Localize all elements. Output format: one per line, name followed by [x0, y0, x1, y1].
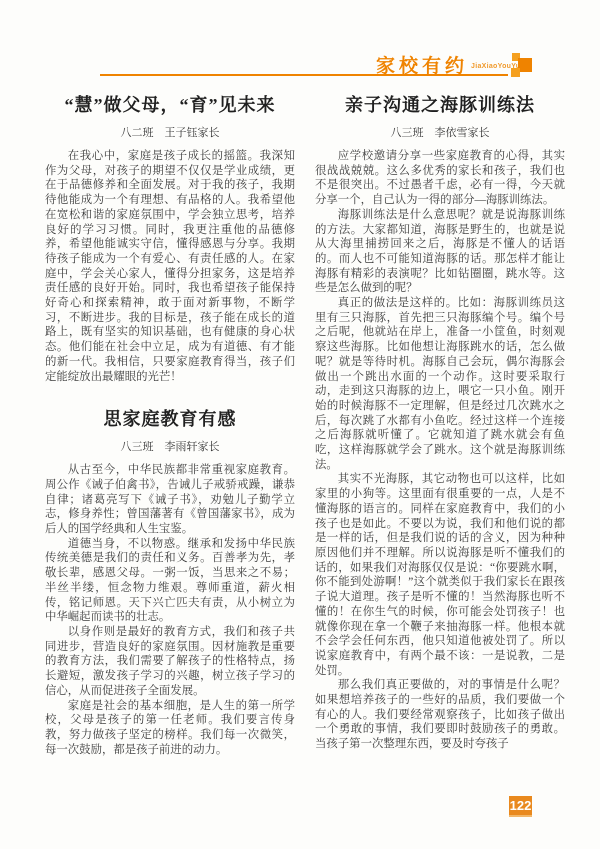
- article-byline: 八三班 李雨轩家长: [45, 440, 295, 454]
- article-body: 在我心中，家庭是孩子成长的摇篮。我深知作为父母，对孩子的期望不仅仅是学业成绩，更…: [45, 149, 295, 384]
- page-content: “慧”做父母，“育”见未来 八二班 王子钰家长 在我心中，家庭是孩子成长的摇篮。…: [45, 92, 565, 757]
- square-small-bottom: [511, 68, 520, 77]
- article-haitun-xunlianfa: 亲子沟通之海豚训练法 八三班 李依雪家长 应学校邀请分享一些家庭教育的心得，其实…: [315, 92, 565, 752]
- paragraph: 以身作则是最好的教育方式，我们和孩子共同进步，营造良好的家庭氛围。因材施教是重要…: [45, 625, 295, 699]
- page-number-badge: 122: [509, 796, 532, 817]
- article-title: “慧”做父母，“育”见未来: [45, 92, 295, 118]
- square-large: [518, 58, 532, 72]
- article-body: 应学校邀请分享一些家庭教育的心得，其实很战战兢兢。这么多优秀的家长和孩子，我们也…: [315, 149, 565, 752]
- paragraph: 从古至今，中华民族都非常重视家庭教育。周公作《诫子伯禽书》，告诫儿子戒骄戒躁，谦…: [45, 463, 295, 537]
- paragraph: 应学校邀请分享一些家庭教育的心得，其实很战战兢兢。这么多优秀的家长和孩子，我们也…: [315, 149, 565, 208]
- article-body: 从古至今，中华民族都非常重视家庭教育。周公作《诫子伯禽书》，告诫儿子戒骄戒躁，谦…: [45, 463, 295, 757]
- paragraph: 道德当身，不以物惑。继承和发扬中华民族传统美德是我们的责任和义务。百善孝为先，孝…: [45, 537, 295, 625]
- left-column: “慧”做父母，“育”见未来 八二班 王子钰家长 在我心中，家庭是孩子成长的摇篮。…: [45, 92, 295, 757]
- magazine-page: 家校有约 JiaXiaoYouYue “慧”做父母，“育”见未来 八二班 王子钰…: [0, 0, 600, 849]
- article-byline: 八二班 王子钰家长: [45, 126, 295, 140]
- paragraph: 在我心中，家庭是孩子成长的摇篮。我深知作为父母，对孩子的期望不仅仅是学业成绩，更…: [45, 149, 295, 384]
- right-column: 亲子沟通之海豚训练法 八三班 李依雪家长 应学校邀请分享一些家庭教育的心得，其实…: [315, 92, 565, 757]
- paragraph: 真正的做法是这样的。比如：海豚训练员这里有三只海豚，首先把三只海豚编个号。编个号…: [315, 296, 565, 472]
- paragraph: 其实不光海豚，其它动物也可以这样，比如家里的小狗等。这里面有很重要的一点，人是不…: [315, 472, 565, 678]
- squares-decoration-icon: [509, 52, 535, 80]
- magazine-section-title: 家校有约: [376, 51, 468, 78]
- paragraph: 海豚训练法是什么意思呢？就是说海豚训练的方法。大家都知道，海豚是野生的，也就是说…: [315, 208, 565, 296]
- article-title: 亲子沟通之海豚训练法: [315, 92, 565, 118]
- article-hui-zuo-fumu: “慧”做父母，“育”见未来 八二班 王子钰家长 在我心中，家庭是孩子成长的摇篮。…: [45, 92, 295, 384]
- article-title: 思家庭教育有感: [45, 406, 295, 432]
- paragraph: 家庭是社会的基本细胞，是人生的第一所学校，父母是孩子的第一任老师。我们要言传身教…: [45, 699, 295, 758]
- article-si-jiating-jiaoyu: 思家庭教育有感 八三班 李雨轩家长 从古至今，中华民族都非常重视家庭教育。周公作…: [45, 406, 295, 757]
- paragraph: 那么我们真正要做的，对的事情是什么呢？如果想培养孩子的一些好的品质，我们要做一个…: [315, 678, 565, 752]
- article-byline: 八三班 李依雪家长: [315, 126, 565, 140]
